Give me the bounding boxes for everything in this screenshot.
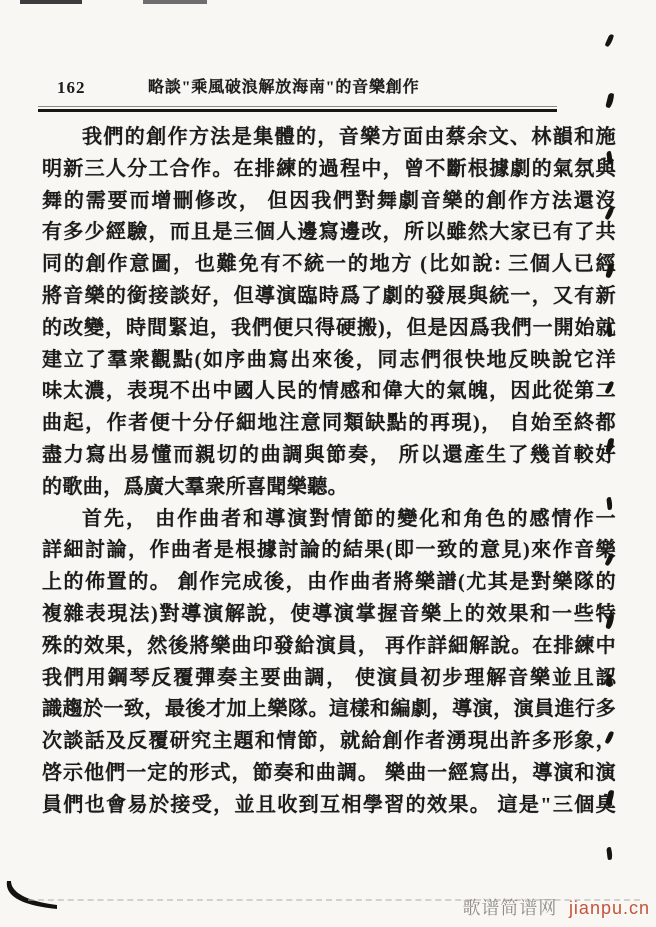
text-line: 次談話及反覆研究主題和情節，就給創作者湧現出許多形象，: [42, 726, 616, 758]
scan-edge-bar: [143, 0, 207, 4]
running-title: 略談"乘風破浪解放海南"的音樂創作: [148, 76, 419, 100]
scan-edge-bar: [20, 0, 82, 4]
scan-artifact-mark: [605, 731, 615, 745]
text-line: 詳細討論，作曲者是根據討論的結果(即一致的意見)來作音樂: [42, 535, 616, 567]
text-line: 員們也會易於接受，並且收到互相學習的效果。 這是"三個臭: [42, 790, 616, 822]
scan-artifact-mark: [605, 34, 615, 48]
page-header: 162 略談"乘風破浪解放海南"的音樂創作: [0, 76, 656, 100]
text-line: 盡力寫出易懂而親切的曲調與節奏， 所以還產生了幾首較好: [42, 440, 616, 472]
text-line: 的改變，時間緊迫，我們便只得硬搬)，但是因爲我們一開始就: [42, 313, 616, 345]
scan-artifact-mark: [606, 847, 613, 860]
header-rule-thin: [38, 106, 557, 107]
scan-artifact-mark: [605, 437, 614, 453]
text-line: 建立了羣衆觀點(如序曲寫出來後，同志們很快地反映說它洋: [42, 345, 616, 377]
scan-artifact-curve: [2, 880, 62, 916]
scan-artifact-mark: [605, 613, 614, 629]
text-line: 我們的創作方法是集體的，音樂方面由蔡余文、林韻和施: [42, 122, 616, 154]
scan-artifact-mark: [605, 789, 614, 805]
scan-artifact-mark: [605, 207, 615, 221]
text-line: 殊的效果，然後將樂曲印發給演員， 再作詳細解說。在排練中: [42, 631, 616, 663]
scanned-page: 162 略談"乘風破浪解放海南"的音樂創作 我們的創作方法是集體的，音樂方面由蔡…: [0, 0, 656, 927]
text-line: 的歌曲，爲廣大羣衆所喜聞樂聽。: [42, 472, 616, 504]
text-line: 啓示他們一定的形式，節奏和曲調。 樂曲一經寫出，導演和演: [42, 758, 616, 790]
watermark: 歌谱简谱网 jianpu.cn: [462, 894, 650, 920]
watermark-site-url: jianpu.cn: [569, 898, 650, 918]
text-line: 將音樂的銜接談好，但導演臨時爲了劇的發展與統一，又有新: [42, 281, 616, 313]
text-line: 上的佈置的。 創作完成後，由作曲者將樂譜(尤其是對樂隊的: [42, 567, 616, 599]
scan-artifact-mark: [606, 497, 613, 510]
text-line: 同的創作意圖，也難免有不統一的地方 (比如說: 三個人已經: [42, 249, 616, 281]
text-line: 識趨於一致，最後才加上樂隊。這樣和編劇，導演，演員進行多: [42, 694, 616, 726]
scan-artifact-mark: [606, 151, 613, 164]
text-line: 首先， 由作曲者和導演對情節的變化和角色的感情作一: [42, 504, 616, 536]
scan-artifact-mark: [605, 553, 615, 567]
scan-artifact-mark: [605, 381, 615, 395]
scan-artifact-mark: [606, 324, 613, 337]
text-line: 舞的需要而增刪修改， 但因我們對舞劇音樂的創作方法還沒: [42, 186, 616, 218]
right-margin-artifacts: [604, 0, 620, 927]
body-text: 我們的創作方法是集體的，音樂方面由蔡余文、林韻和施 明新三人分工合作。在排練的過…: [42, 122, 616, 822]
text-line: 複雜表現法)對導演解說，使導演掌握音樂上的效果和一些特: [42, 599, 616, 631]
watermark-site-name: 歌谱简谱网: [462, 898, 557, 918]
scan-artifact-mark: [606, 674, 613, 687]
header-rule: [38, 109, 557, 112]
text-line: 我們用鋼琴反覆彈奏主要曲調， 使演員初步理解音樂並且認: [42, 663, 616, 695]
page-number: 162: [57, 76, 86, 100]
text-line: 明新三人分工合作。在排練的過程中，曾不斷根據劇的氣氛與: [42, 154, 616, 186]
scan-artifact-mark: [605, 92, 614, 108]
text-line: 味太濃，表現不出中國人民的情感和偉大的氣魄，因此從第二: [42, 376, 616, 408]
scan-artifact-mark: [605, 262, 614, 278]
text-line: 曲起，作者便十分仔細地注意同類缺點的再現)， 自始至終都: [42, 408, 616, 440]
text-line: 有多少經驗，而且是三個人邊寫邊改，所以雖然大家已有了共: [42, 217, 616, 249]
